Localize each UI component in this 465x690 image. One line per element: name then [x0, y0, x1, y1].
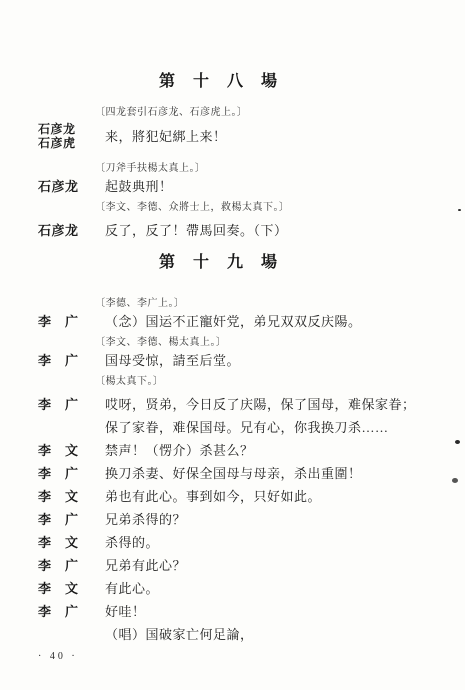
dialogue-text: 哎呀，贤弟，今日反了庆陽，保了国母，难保家眷；	[105, 396, 435, 413]
speaker-name: 李 广	[38, 396, 105, 413]
dialogue-line: 李 广 好哇！	[38, 603, 435, 620]
stage-direction-text: 〔李文、李德、众將士上，救楊太真下。〕	[95, 202, 290, 213]
speaker-name: 李 广	[38, 352, 105, 369]
dialogue-line: 李 广 换刀杀妻、好保全国母与母亲，杀出重圍！	[38, 465, 435, 482]
speaker-name: 李 广	[38, 603, 105, 620]
stage-direction-text: 〔四龙套引石彦龙、石彦虎上。〕	[95, 107, 248, 118]
dialogue-text: 杀得的。	[105, 534, 435, 551]
scan-artifact	[455, 440, 460, 444]
speaker-name: 李 广	[38, 511, 105, 528]
page-number: · 40 ·	[38, 651, 78, 662]
stage-direction: 〔李德、李广上。〕	[95, 297, 435, 310]
scene-18-title: 第 十 八 場	[38, 72, 405, 92]
dialogue-line: 李 广 兄弟有此心？	[38, 557, 435, 574]
stage-direction-text: 〔李德、李广上。〕	[95, 298, 185, 309]
dialogue-text: 兄弟杀得的？	[105, 511, 435, 528]
scan-artifact	[458, 209, 461, 211]
dialogue-line: 石彦龙 石彦虎 来，將犯妃綁上来！	[38, 122, 435, 150]
dialogue-text: 国母受惊，請至后堂。	[105, 352, 435, 369]
dialogue-line: 石彦龙 起鼓典刑！	[38, 178, 435, 195]
dialogue-text: 保了家眷，难保国母。兄有心，你我换刀杀……	[105, 419, 435, 436]
dialogue-text: 兄弟有此心？	[105, 557, 435, 574]
stage-direction: 〔四龙套引石彦龙、石彦虎上。〕	[95, 106, 435, 119]
book-page: 第 十 八 場 〔四龙套引石彦龙、石彦虎上。〕 石彦龙 石彦虎 来，將犯妃綁上来…	[0, 0, 465, 690]
stage-direction-text: 〔楊太真下。〕	[95, 376, 164, 387]
speaker-name: 石彦龙	[38, 178, 105, 195]
speaker-name: 李 文	[38, 488, 105, 505]
stage-direction: 〔李文、李德、众將士上，救楊太真下。〕	[95, 201, 435, 214]
speaker-name: 李 文	[38, 442, 105, 459]
speaker-name: 李 文	[38, 534, 105, 551]
speaker-name-top: 石彦龙	[38, 122, 105, 136]
dialogue-line: 李 文 杀得的。	[38, 534, 435, 551]
stage-direction-text: 〔刀斧手扶楊太真上。〕	[95, 163, 206, 174]
speaker-name: 李 广	[38, 557, 105, 574]
dialogue-line: 李 广 兄弟杀得的？	[38, 511, 435, 528]
dialogue-text: 好哇！	[105, 603, 435, 620]
speaker-name: 李 文	[38, 580, 105, 597]
scene-19-title: 第 十 九 場	[38, 253, 405, 273]
dialogue-text: 弟也有此心。事到如今，只好如此。	[105, 488, 435, 505]
dialogue-text: 换刀杀妻、好保全国母与母亲，杀出重圍！	[105, 465, 435, 482]
dialogue-line: 李 广 （念）国运不正寵奸党，弟兄双双反庆陽。	[38, 313, 435, 330]
dialogue-text: （念）国运不正寵奸党，弟兄双双反庆陽。	[105, 313, 435, 330]
dialogue-line: 李 文 禁声！（愣介）杀甚么？	[38, 442, 435, 459]
speaker-name: 李 广	[38, 313, 105, 330]
dialogue-text: 有此心。	[105, 580, 435, 597]
dialogue-line: 李 广 国母受惊，請至后堂。	[38, 352, 435, 369]
speaker-name: 李 广	[38, 465, 105, 482]
dialogue-line: 李 广 哎呀，贤弟，今日反了庆陽，保了国母，难保家眷；	[38, 396, 435, 413]
stage-direction-text: 〔李文、李德、楊太真上。〕	[95, 337, 227, 348]
dialogue-text: 禁声！（愣介）杀甚么？	[105, 442, 435, 459]
sung-verse-line: （唱）国破家亡何足論，	[38, 626, 435, 643]
dialogue-line: 李 文 有此心。	[38, 580, 435, 597]
speaker-name: 石彦龙	[38, 222, 105, 239]
dialogue-text: （唱）国破家亡何足論，	[105, 626, 435, 643]
dialogue-line: 李 文 弟也有此心。事到如今，只好如此。	[38, 488, 435, 505]
speaker-name: 石彦龙 石彦虎	[38, 122, 105, 150]
dialogue-continuation: 保了家眷，难保国母。兄有心，你我换刀杀……	[38, 419, 435, 436]
speaker-name-bottom: 石彦虎	[38, 136, 105, 150]
stage-direction: 〔刀斧手扶楊太真上。〕	[95, 162, 435, 175]
stage-direction: 〔楊太真下。〕	[95, 375, 435, 388]
dialogue-text: 起鼓典刑！	[105, 178, 435, 195]
dialogue-text: 反了，反了！帶馬回奏。（下）	[105, 222, 435, 239]
scan-artifact	[452, 478, 458, 483]
dialogue-line: 石彦龙 反了，反了！帶馬回奏。（下）	[38, 222, 435, 239]
stage-direction: 〔李文、李德、楊太真上。〕	[95, 336, 435, 349]
dialogue-text: 来，將犯妃綁上来！	[105, 128, 435, 145]
